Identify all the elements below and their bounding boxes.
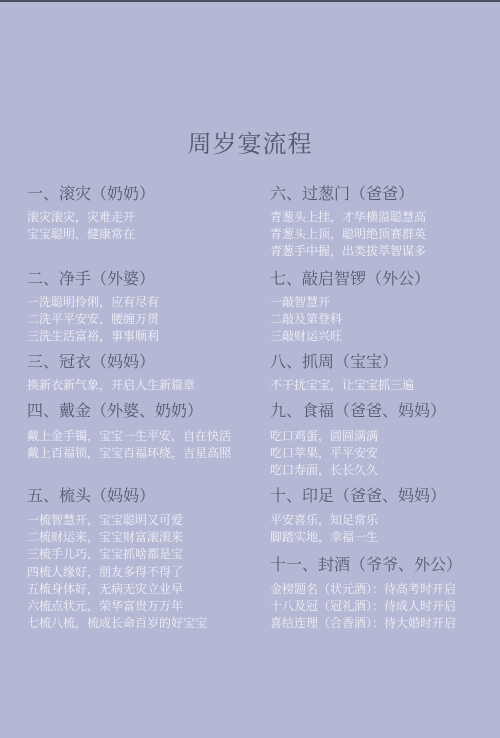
section-line: 七梳八梳，梳成长命百岁的好宝宝 [27, 615, 207, 632]
section-heading: 一、滚灾（奶奶） [27, 184, 155, 204]
section-line: 一洗聪明伶俐，应有尽有 [27, 294, 159, 311]
section-8: 八、抓周（宝宝） 不干扰宝宝，让宝宝抓三遍 [270, 352, 414, 394]
section-line: 三梳手儿巧，宝宝抓啥都是宝 [27, 546, 207, 563]
section-line: 青葱头上挂，才华横溢聪慧高 [270, 209, 426, 226]
section-line: 二敲及第登科 [270, 311, 430, 328]
section-5: 五、梳头（妈妈） 一梳智慧开，宝宝聪明又可爱 二梳财运来，宝宝财富滚滚来 三梳手… [27, 486, 207, 632]
section-2: 二、净手（外婆） 一洗聪明伶俐，应有尽有 二洗平平安安，腰缠万贯 三洗生活富裕，… [27, 269, 159, 346]
section-line: 二梳财运来，宝宝财富滚滚来 [27, 529, 207, 546]
section-line: 一梳智慧开，宝宝聪明又可爱 [27, 512, 207, 529]
section-line: 不干扰宝宝，让宝宝抓三遍 [270, 377, 414, 394]
section-line: 喜结连理（合香酒）：待大婚时开启 [270, 615, 462, 632]
section-heading: 八、抓周（宝宝） [270, 352, 414, 372]
section-line: 十八及冠（冠礼酒）：待成人时开启 [270, 598, 462, 615]
page-title: 周岁宴流程 [0, 124, 500, 159]
section-7: 七、敲启智锣（外公） 一敲智慧开 二敲及第登科 三敲财运兴旺 [270, 269, 430, 346]
section-heading: 九、食福（爸爸、妈妈） [270, 401, 446, 421]
section-line: 吃口寿面，长长久久 [270, 462, 446, 479]
section-line: 青葱头上顶，聪明绝顶赛群英 [270, 226, 426, 243]
section-line: 五梳身体好，无病无灾立业早 [27, 581, 207, 598]
section-line: 吃口鸡蛋，圆圆满满 [270, 428, 446, 445]
top-edge-strip [0, 0, 500, 2]
section-line: 青葱手中握，出类拔萃智谋多 [270, 243, 426, 260]
section-line: 脚踏实地，幸福一生 [270, 529, 446, 546]
section-line: 平安喜乐，知足常乐 [270, 512, 446, 529]
section-line: 宝宝聪明，健康常在 [27, 226, 155, 243]
section-line: 滚灾滚灾，灾难走开 [27, 209, 155, 226]
section-heading: 七、敲启智锣（外公） [270, 269, 430, 289]
section-heading: 十一、封酒（爷爷、外公） [270, 555, 462, 575]
section-6: 六、过葱门（爸爸） 青葱头上挂，才华横溢聪慧高 青葱头上顶，聪明绝顶赛群英 青葱… [270, 184, 426, 261]
section-heading: 二、净手（外婆） [27, 269, 159, 289]
section-line: 四梳人缘好，朋友多得不得了 [27, 564, 207, 581]
section-heading: 四、戴金（外婆、奶奶） [27, 401, 231, 421]
section-10: 十、印足（爸爸、妈妈） 平安喜乐，知足常乐 脚踏实地，幸福一生 [270, 486, 446, 546]
section-line: 吃口苹果，平平安安 [270, 445, 446, 462]
section-line: 金榜题名（状元酒）：待高考时开启 [270, 581, 462, 598]
section-heading: 五、梳头（妈妈） [27, 486, 207, 506]
section-line: 一敲智慧开 [270, 294, 430, 311]
section-4: 四、戴金（外婆、奶奶） 戴上金手镯，宝宝一生平安，自在快活 戴上百福锁，宝宝百福… [27, 401, 231, 462]
section-heading: 十、印足（爸爸、妈妈） [270, 486, 446, 506]
section-heading: 六、过葱门（爸爸） [270, 184, 426, 204]
section-line: 六梳点状元，荣华富贵万万年 [27, 598, 207, 615]
section-3: 三、冠衣（妈妈） 换新衣新气象，开启人生新篇章 [27, 352, 195, 394]
section-line: 戴上金手镯，宝宝一生平安，自在快活 [27, 428, 231, 445]
section-line: 三洗生活富裕，事事顺利 [27, 328, 159, 345]
section-line: 三敲财运兴旺 [270, 328, 430, 345]
section-9: 九、食福（爸爸、妈妈） 吃口鸡蛋，圆圆满满 吃口苹果，平平安安 吃口寿面，长长久… [270, 401, 446, 480]
section-line: 戴上百福锁，宝宝百福环绕，吉星高照 [27, 445, 231, 462]
section-heading: 三、冠衣（妈妈） [27, 352, 195, 372]
section-line: 二洗平平安安，腰缠万贯 [27, 311, 159, 328]
section-1: 一、滚灾（奶奶） 滚灾滚灾，灾难走开 宝宝聪明，健康常在 [27, 184, 155, 243]
section-11: 十一、封酒（爷爷、外公） 金榜题名（状元酒）：待高考时开启 十八及冠（冠礼酒）：… [270, 555, 462, 633]
section-line: 换新衣新气象，开启人生新篇章 [27, 377, 195, 394]
